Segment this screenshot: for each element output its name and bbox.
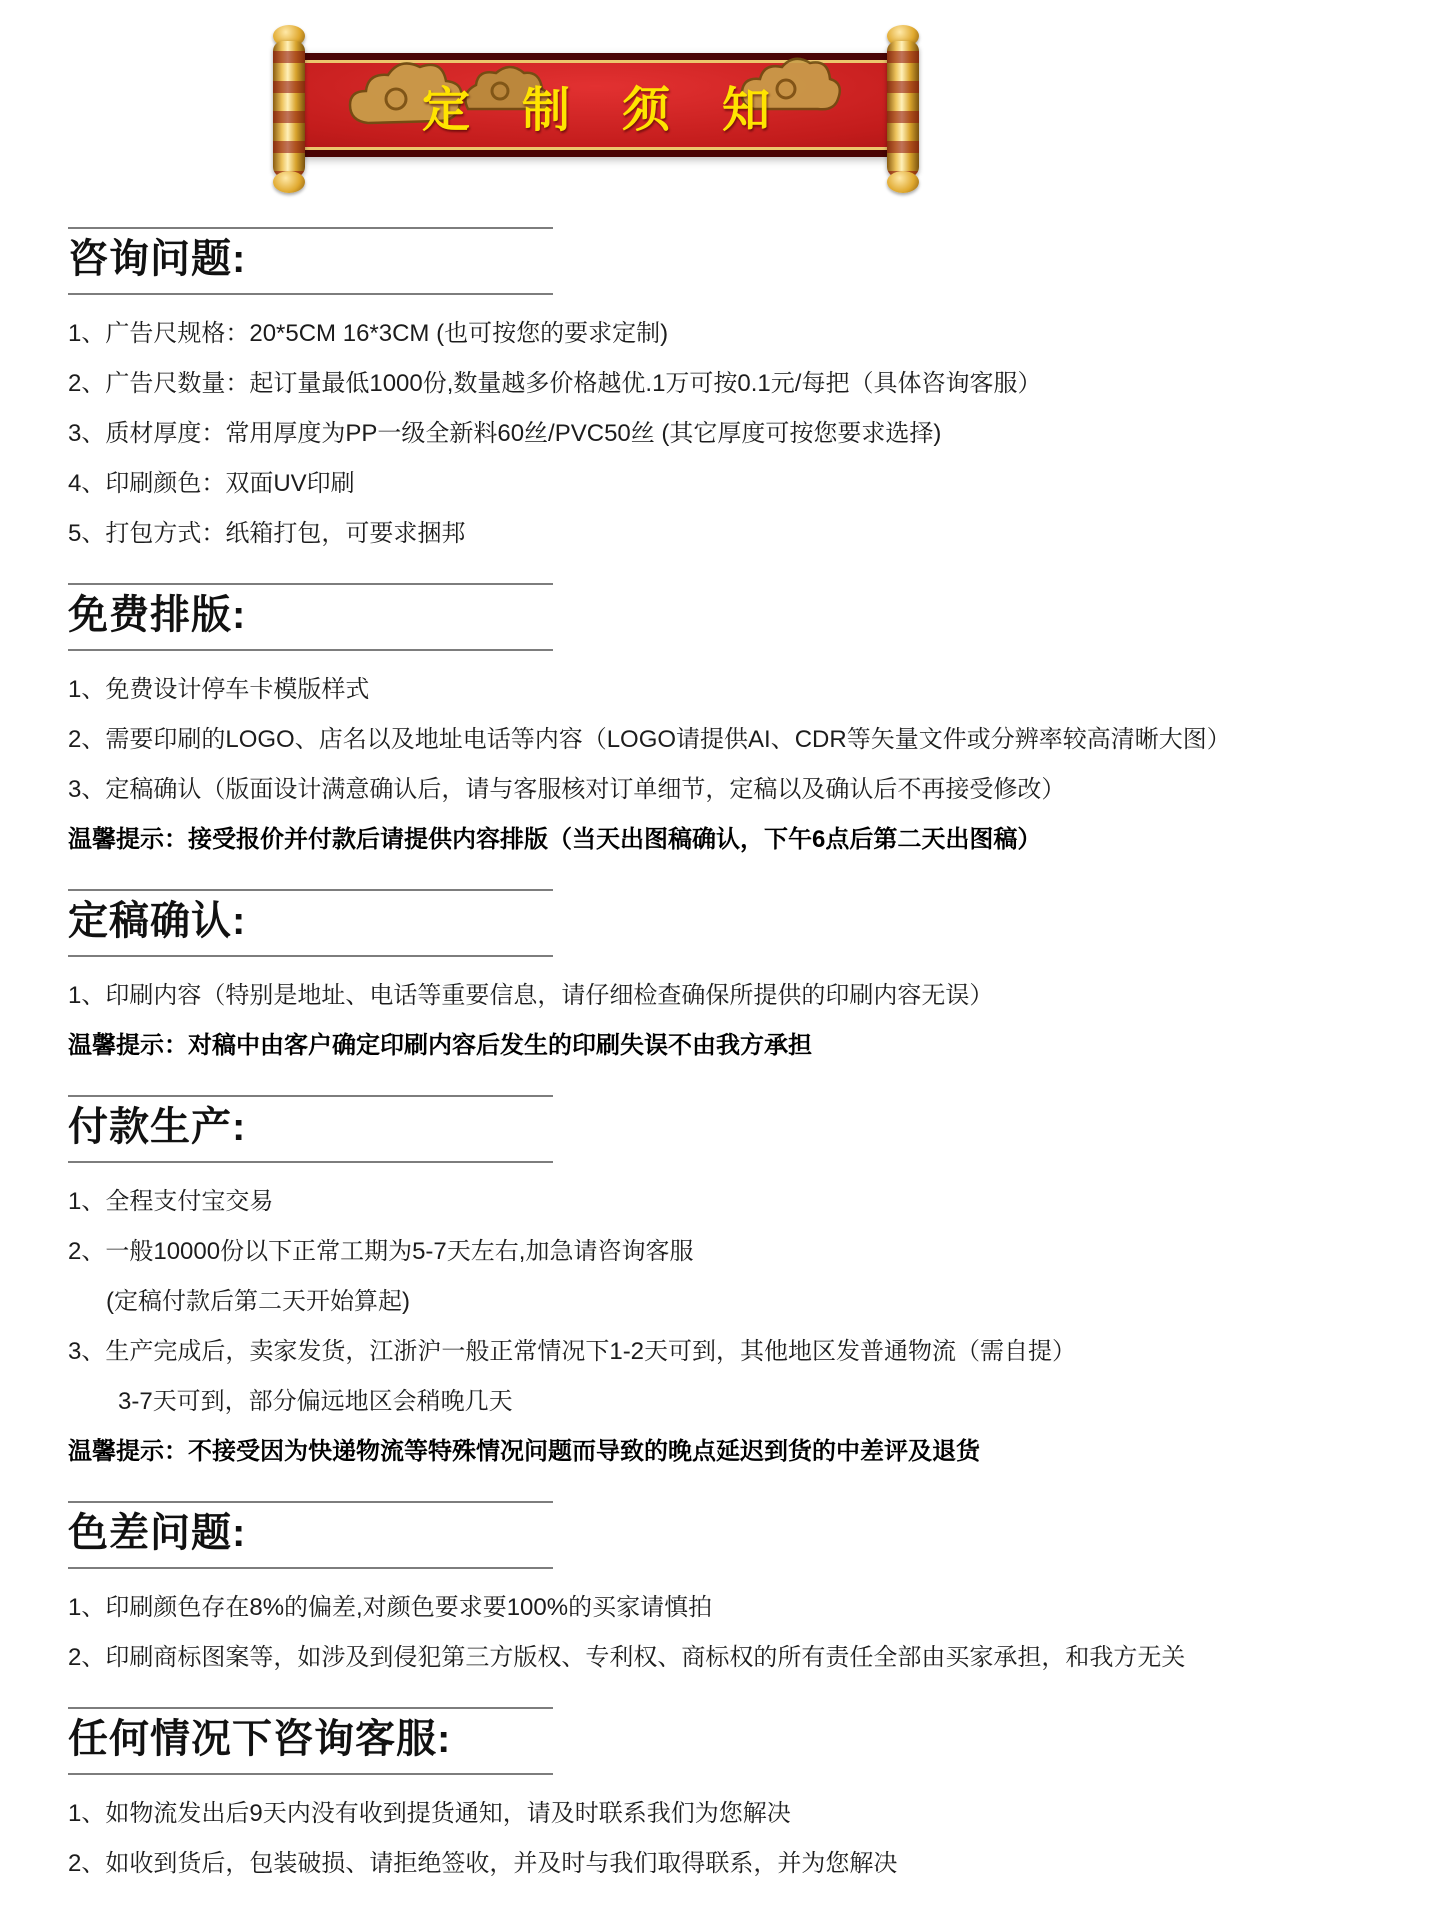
banner-band-inner: 定制须知 <box>292 60 900 150</box>
section-payment-production: 付款生产: 1、全程支付宝交易 2、一般10000份以下正常工期为5-7天左右,… <box>68 1095 1421 1467</box>
notice-line: 1、全程支付宝交易 <box>68 1187 1421 1217</box>
section-color-difference: 色差问题: 1、印刷颜色存在8%的偏差,对颜色要求要100%的买家请慎拍 2、印… <box>68 1501 1421 1673</box>
section-color-difference-heading: 色差问题: <box>68 1501 553 1569</box>
banner-title: 定制须知 <box>422 71 822 140</box>
notice-line: 3、定稿确认（版面设计满意确认后，请与客服核对订单细节，定稿以及确认后不再接受修… <box>68 775 1421 805</box>
notice-line: 4、印刷颜色：双面UV印刷 <box>68 469 1421 499</box>
section-title: 定稿确认: <box>68 897 553 945</box>
section-payment-production-heading: 付款生产: <box>68 1095 553 1163</box>
notice-line: 1、印刷内容（特别是地址、电话等重要信息，请仔细检查确保所提供的印刷内容无误） <box>68 981 1421 1011</box>
notice-line: 3、质材厚度：常用厚度为PP一级全新料60丝/PVC50丝 (其它厚度可按您要求… <box>68 419 1421 449</box>
notice-line: 1、广告尺规格：20*5CM 16*3CM (也可按您的要求定制) <box>68 319 1421 349</box>
notice-tip-line: 温馨提示：接受报价并付款后请提供内容排版（当天出图稿确认，下午6点后第二天出图稿… <box>68 825 1421 855</box>
notice-line: 1、如物流发出后9天内没有收到提货通知，请及时联系我们为您解决 <box>68 1799 1421 1829</box>
section-title: 任何情况下咨询客服: <box>68 1715 553 1763</box>
notice-line: 1、免费设计停车卡模版样式 <box>68 675 1421 705</box>
section-title: 咨询问题: <box>68 235 553 283</box>
notice-line: 5、打包方式：纸箱打包，可要求捆邦 <box>68 519 1421 549</box>
section-title: 免费排版: <box>68 591 553 639</box>
scroll-roller-left-icon <box>266 25 312 193</box>
notice-line: 2、一般10000份以下正常工期为5-7天左右,加急请咨询客服 <box>68 1237 1421 1267</box>
section-contact-service-heading: 任何情况下咨询客服: <box>68 1707 553 1775</box>
section-consult-questions-heading: 咨询问题: <box>68 227 553 295</box>
section-free-typesetting: 免费排版: 1、免费设计停车卡模版样式 2、需要印刷的LOGO、店名以及地址电话… <box>68 583 1421 855</box>
roller-knob <box>273 171 305 193</box>
notice-tip-line: 温馨提示：不接受因为快递物流等特殊情况问题而导致的晚点延迟到货的中差评及退货 <box>68 1437 1421 1467</box>
notice-line-continuation: 3-7天可到，部分偏远地区会稍晚几天 <box>68 1387 1421 1417</box>
notice-line: 2、需要印刷的LOGO、店名以及地址电话等内容（LOGO请提供AI、CDR等矢量… <box>68 725 1421 755</box>
roller-pole <box>273 41 305 177</box>
banner-band: 定制须知 <box>292 53 900 157</box>
notice-content: 咨询问题: 1、广告尺规格：20*5CM 16*3CM (也可按您的要求定制) … <box>0 227 1451 1879</box>
section-items: 1、广告尺规格：20*5CM 16*3CM (也可按您的要求定制) 2、广告尺数… <box>68 295 1421 549</box>
section-final-draft-confirm-heading: 定稿确认: <box>68 889 553 957</box>
section-items: 1、免费设计停车卡模版样式 2、需要印刷的LOGO、店名以及地址电话等内容（LO… <box>68 651 1421 855</box>
scroll-banner: 定制须知 <box>258 25 934 193</box>
notice-line-continuation: (定稿付款后第二天开始算起) <box>68 1287 1421 1317</box>
section-title: 色差问题: <box>68 1509 553 1557</box>
notice-line: 1、印刷颜色存在8%的偏差,对颜色要求要100%的买家请慎拍 <box>68 1593 1421 1623</box>
scroll-roller-right-icon <box>880 25 926 193</box>
notice-line: 2、印刷商标图案等，如涉及到侵犯第三方版权、专利权、商标权的所有责任全部由买家承… <box>68 1643 1421 1673</box>
section-items: 1、印刷颜色存在8%的偏差,对颜色要求要100%的买家请慎拍 2、印刷商标图案等… <box>68 1569 1421 1673</box>
section-items: 1、印刷内容（特别是地址、电话等重要信息，请仔细检查确保所提供的印刷内容无误） … <box>68 957 1421 1061</box>
roller-pole <box>887 41 919 177</box>
notice-line: 3、生产完成后，卖家发货，江浙沪一般正常情况下1-2天可到，其他地区发普通物流（… <box>68 1337 1421 1367</box>
section-title: 付款生产: <box>68 1103 553 1151</box>
roller-knob <box>887 171 919 193</box>
section-contact-service: 任何情况下咨询客服: 1、如物流发出后9天内没有收到提货通知，请及时联系我们为您… <box>68 1707 1421 1879</box>
section-consult-questions: 咨询问题: 1、广告尺规格：20*5CM 16*3CM (也可按您的要求定制) … <box>68 227 1421 549</box>
section-free-typesetting-heading: 免费排版: <box>68 583 553 651</box>
section-items: 1、全程支付宝交易 2、一般10000份以下正常工期为5-7天左右,加急请咨询客… <box>68 1163 1421 1467</box>
section-items: 1、如物流发出后9天内没有收到提货通知，请及时联系我们为您解决 2、如收到货后，… <box>68 1775 1421 1879</box>
notice-line: 2、广告尺数量：起订量最低1000份,数量越多价格越优.1万可按0.1元/每把（… <box>68 369 1421 399</box>
section-final-draft-confirm: 定稿确认: 1、印刷内容（特别是地址、电话等重要信息，请仔细检查确保所提供的印刷… <box>68 889 1421 1061</box>
notice-tip-line: 温馨提示：对稿中由客户确定印刷内容后发生的印刷失误不由我方承担 <box>68 1031 1421 1061</box>
notice-line: 2、如收到货后，包装破损、请拒绝签收，并及时与我们取得联系，并为您解决 <box>68 1849 1421 1879</box>
